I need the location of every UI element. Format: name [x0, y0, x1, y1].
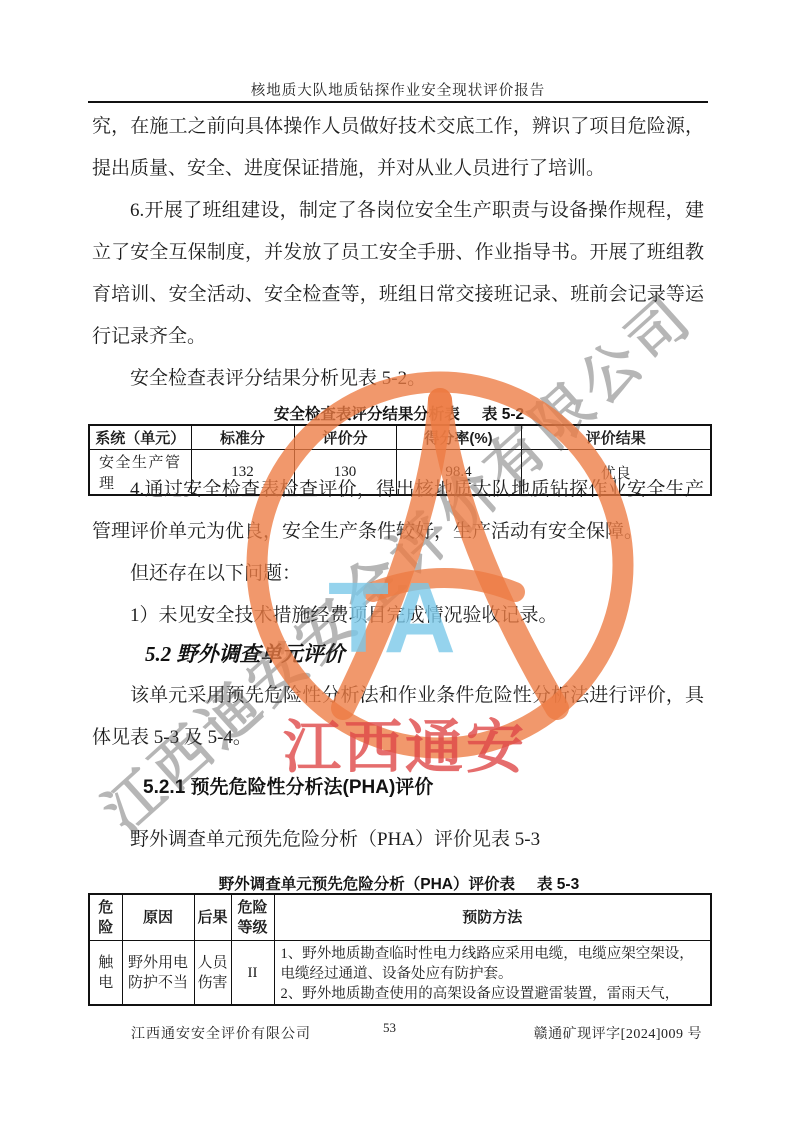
table-5-2-header-system: 系统（单元）: [89, 425, 191, 450]
prevention-item-1: 1、野外地质勘查临时性电力线路应采用电缆，电缆应架空架设，电缆经过通道、设备处应…: [281, 944, 705, 984]
table-5-3-header-consequence: 后果: [194, 894, 231, 941]
paragraph-table52-ref: 安全检查表评分结果分析见表 5-2。: [92, 358, 704, 400]
table-5-3-cell-hazard: 触电: [89, 941, 122, 1006]
table-5-2-tag: 表 5-2: [482, 406, 524, 423]
table-5-3-cell-level: II: [231, 941, 274, 1006]
table-5-3-header-row: 危险 原因 后果 危险等级 预防方法: [89, 894, 711, 941]
paragraph-problem-1: 1）未见安全技术措施经费项目完成情况验收记录。: [92, 595, 704, 637]
table-5-3-header-hazard: 危险: [89, 894, 122, 941]
paragraph-table53-ref: 野外调查单元预先危险分析（PHA）评价见表 5-3: [92, 819, 704, 861]
table-5-3: 危险 原因 后果 危险等级 预防方法 触电 野外用电防护不当 人员伤害 II 1…: [88, 893, 712, 1006]
footer-company-name: 江西通安安全评价有限公司: [131, 1023, 311, 1043]
table-5-2-header-standard-score: 标准分: [191, 425, 294, 450]
section-heading-5-2: 5.2 野外调查单元评价: [145, 636, 705, 672]
table-5-3-title: 野外调查单元预先危险分析（PHA）评价表表 5-3: [88, 872, 710, 894]
table-5-2-header-eval-score: 评价分: [294, 425, 396, 450]
page-header-title: 核地质大队地质钻探作业安全现状评价报告: [88, 79, 708, 100]
table-5-3-title-text: 野外调查单元预先危险分析（PHA）评价表: [219, 876, 515, 893]
paragraph-method-intro: 该单元采用预先危险性分析法和作业条件危险性分析法进行评价，具体见表 5-3 及 …: [92, 675, 704, 759]
table-5-3-tag: 表 5-3: [537, 876, 579, 893]
paragraph-item4: 4.通过安全检查表检查评价，得出核地质大队地质钻探作业安全生产管理评价单元为优良…: [92, 469, 704, 553]
table-5-2-header-result: 评价结果: [521, 425, 711, 450]
table-5-3-header-prevention: 预防方法: [274, 894, 711, 941]
footer-document-number: 赣通矿现评字[2024]009 号: [534, 1023, 702, 1043]
page-footer: 江西通安安全评价有限公司 53 赣通矿现评字[2024]009 号: [88, 1020, 708, 1044]
section-heading-5-2-1: 5.2.1 预先危险性分析法(PHA)评价: [143, 771, 703, 805]
paragraph-group-conclusion: 4.通过安全检查表检查评价，得出核地质大队地质钻探作业安全生产管理评价单元为优良…: [92, 469, 704, 637]
prevention-item-2: 2、野外地质勘查使用的高架设备应设置避雷装置，雷雨天气，: [281, 984, 705, 1004]
table-5-3-cell-prevention: 1、野外地质勘查临时性电力线路应采用电缆，电缆应架空架设，电缆经过通道、设备处应…: [274, 941, 711, 1006]
document-page: 核地质大队地质钻探作业安全现状评价报告 究，在施工之前向具体操作人员做好技术交底…: [0, 0, 794, 1123]
paragraph-problems-intro: 但还存在以下问题：: [92, 553, 704, 595]
table-5-3-header-level: 危险等级: [231, 894, 274, 941]
table-5-2-title: 安全检查表评分结果分析表表 5-2: [88, 402, 710, 424]
table-5-2-header-score-rate: 得分率(%): [396, 425, 521, 450]
paragraph-item6: 6.开展了班组建设，制定了各岗位安全生产职责与设备操作规程，建立了安全互保制度，…: [92, 190, 704, 358]
table-5-3-cell-consequence: 人员伤害: [194, 941, 231, 1006]
table-row: 触电 野外用电防护不当 人员伤害 II 1、野外地质勘查临时性电力线路应采用电缆…: [89, 941, 711, 1006]
footer-page-number: 53: [383, 1020, 396, 1036]
paragraph-continuation: 究，在施工之前向具体操作人员做好技术交底工作，辨识了项目危险源，提出质量、安全、…: [92, 106, 704, 190]
table-5-3-header-cause: 原因: [122, 894, 194, 941]
header-rule: [88, 101, 708, 103]
table-5-2-title-text: 安全检查表评分结果分析表: [274, 406, 460, 423]
table-5-3-cell-cause: 野外用电防护不当: [122, 941, 194, 1006]
table-5-2-header-row: 系统（单元） 标准分 评价分 得分率(%) 评价结果: [89, 425, 711, 450]
